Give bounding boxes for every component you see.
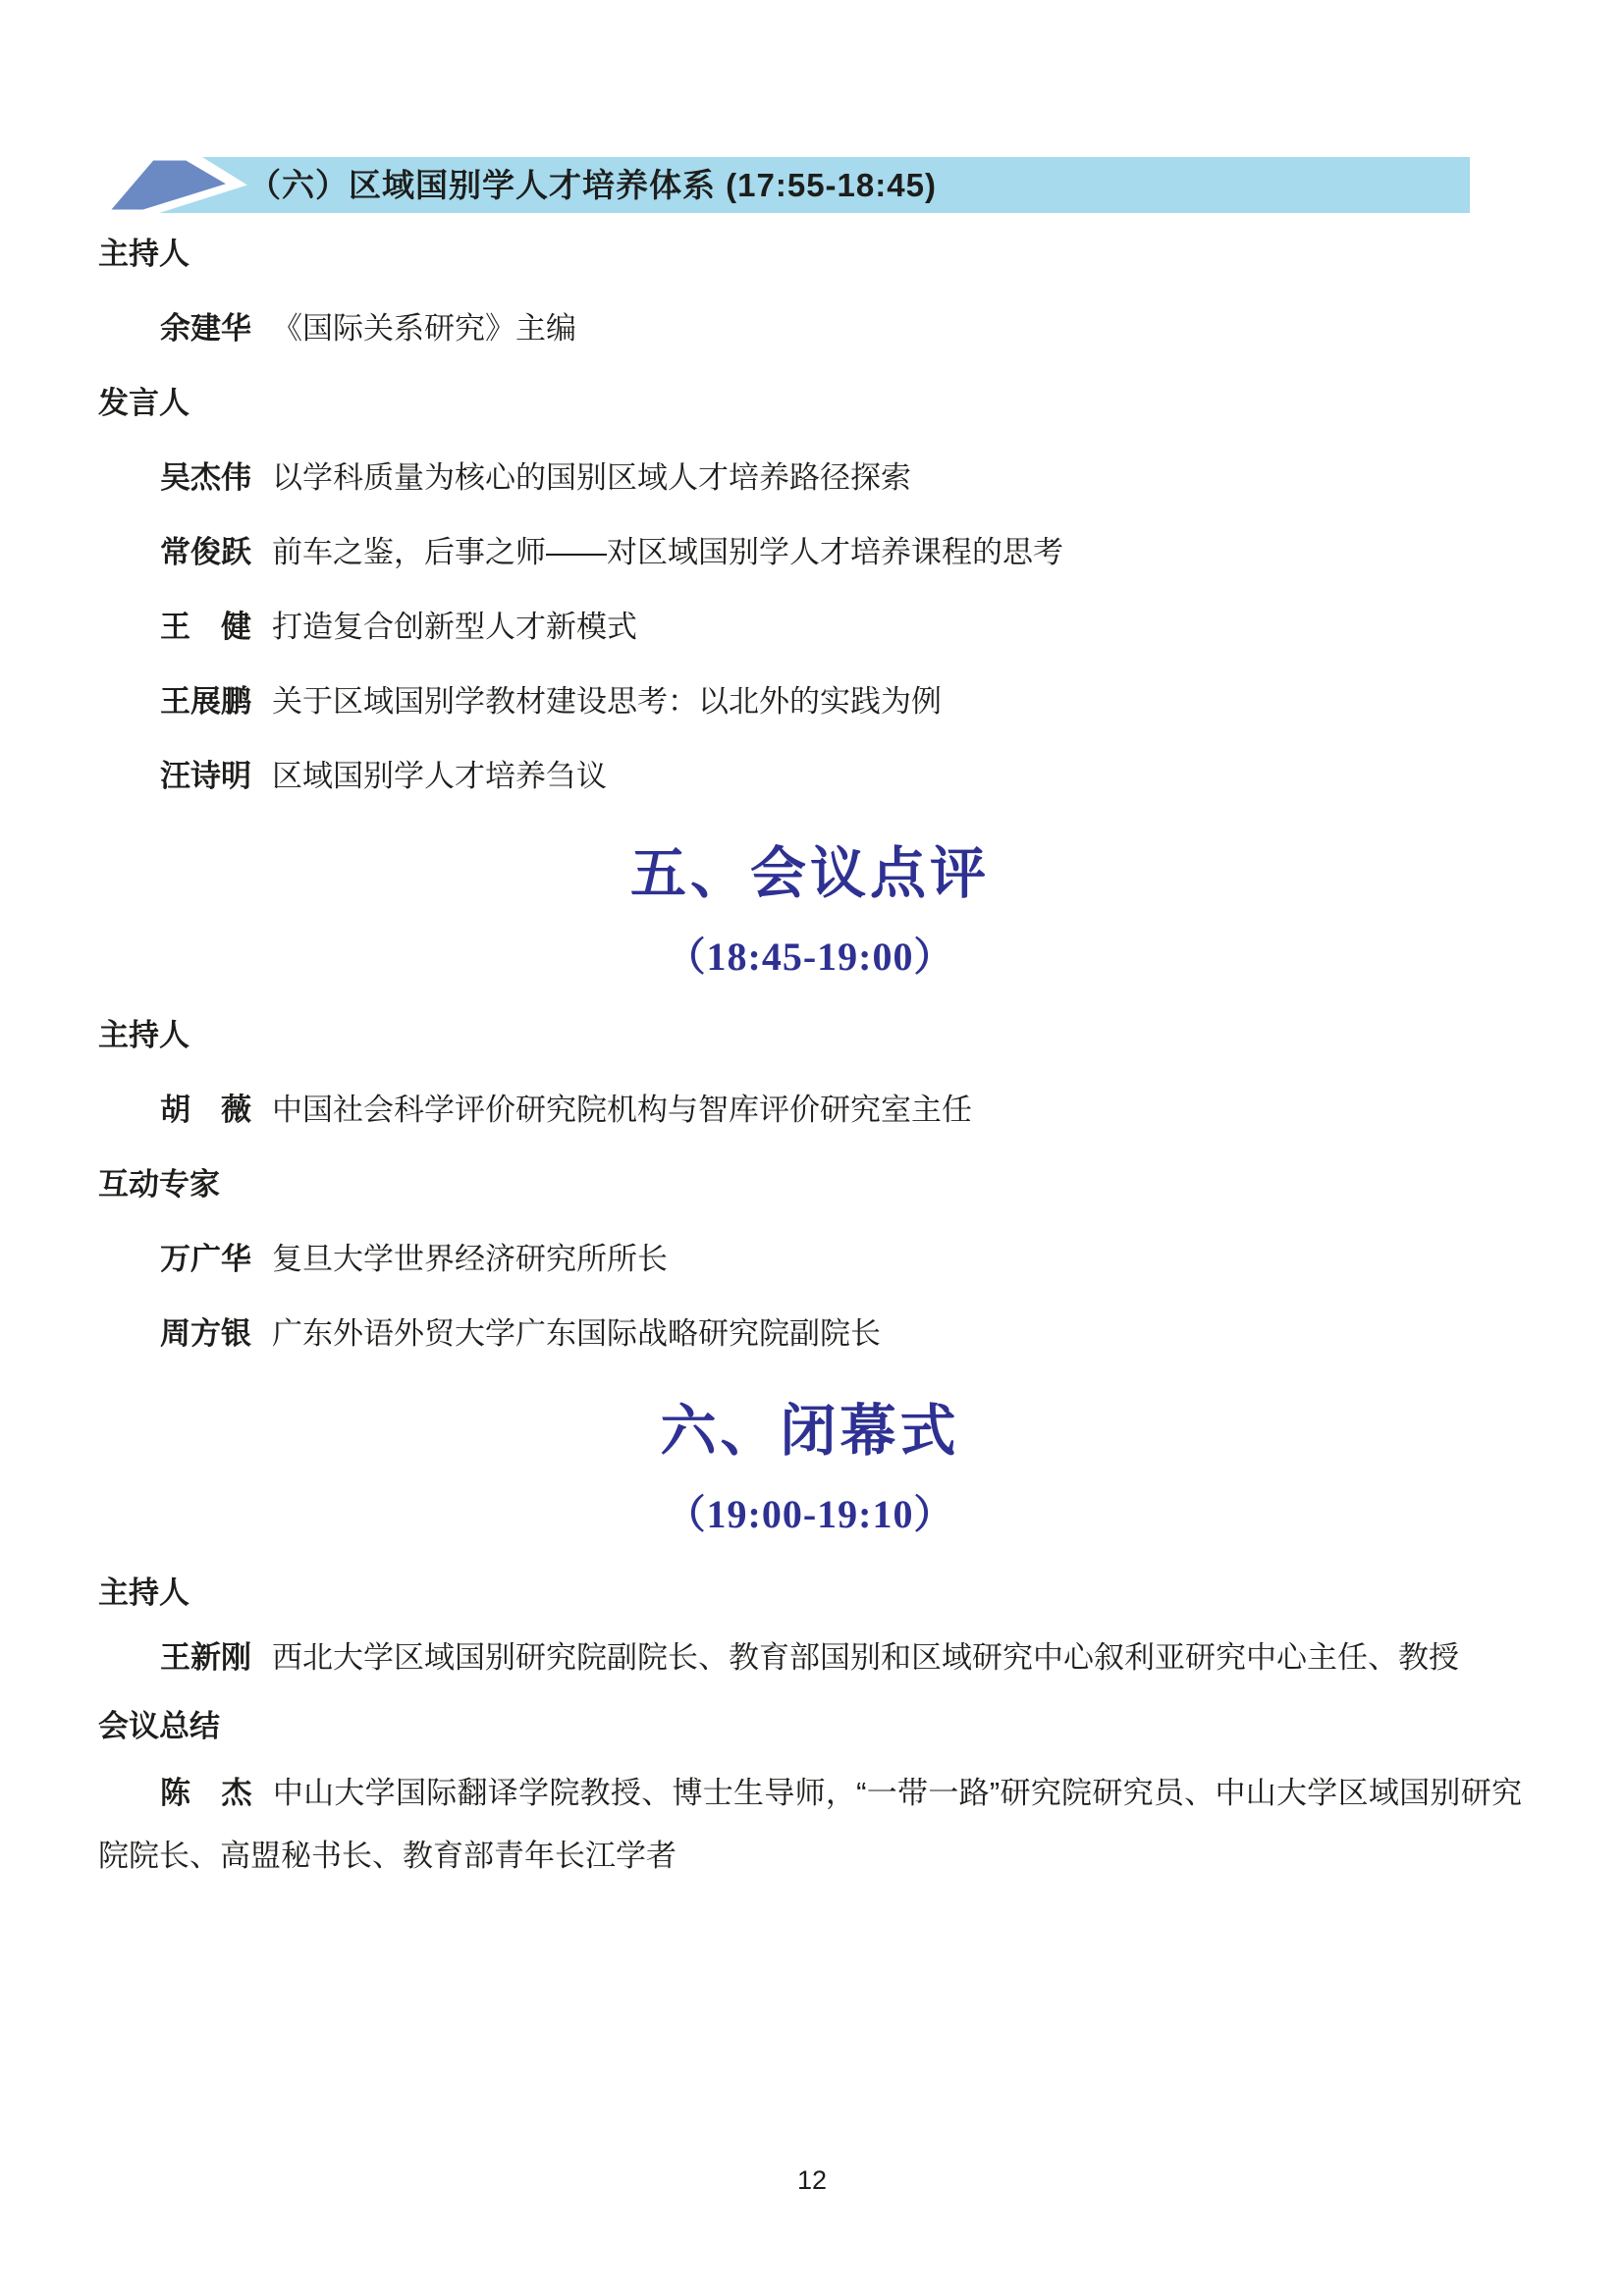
person-name: 王 健	[160, 610, 251, 644]
talk-title: 打造复合创新型人才新模式	[272, 610, 637, 644]
summary-entry: 陈 杰中山大学国际翻译学院教授、博士生导师，“一带一路”研究院研究员、中山大学区…	[98, 1762, 1522, 1888]
person-title: 广东外语外贸大学广东国际战略研究院副院长	[272, 1316, 881, 1351]
host-entry: 胡 薇中国社会科学评价研究院机构与智库评价研究室主任	[98, 1089, 1522, 1132]
page-content: 主持人 余建华《国际关系研究》主编 发言人 吴杰伟以学科质量为核心的国别区域人才…	[98, 233, 1522, 1888]
person-title: 西北大学区域国别研究院副院长、教育部国别和区域研究中心叙利亚研究中心主任、教授	[272, 1640, 1459, 1675]
section-time-closing: （19:00-19:10）	[98, 1487, 1522, 1542]
person-name: 万广华	[160, 1242, 251, 1276]
talk-title: 前车之鉴，后事之师——对区域国别学人才培养课程的思考	[272, 535, 1063, 569]
expert-entry: 周方银广东外语外贸大学广东国际战略研究院副院长	[98, 1312, 1522, 1356]
speaker-entry: 王 健打造复合创新型人才新模式	[98, 606, 1522, 649]
person-name: 周方银	[160, 1316, 251, 1351]
host-entry: 余建华《国际关系研究》主编	[98, 307, 1522, 350]
experts-label: 互动专家	[98, 1163, 1522, 1206]
speakers-label: 发言人	[98, 382, 1522, 425]
session-banner: （六）区域国别学人才培养体系 (17:55-18:45)	[98, 157, 1470, 213]
person-title: 《国际关系研究》主编	[272, 311, 576, 346]
speaker-entry: 王展鹏关于区域国别学教材建设思考：以北外的实践为例	[98, 680, 1522, 723]
talk-title: 区域国别学人才培养刍议	[272, 759, 607, 793]
person-name: 吴杰伟	[160, 460, 251, 495]
expert-entry: 万广华复旦大学世界经济研究所所长	[98, 1238, 1522, 1281]
speaker-entry: 常俊跃前车之鉴，后事之师——对区域国别学人才培养课程的思考	[98, 531, 1522, 574]
host-entry: 王新刚西北大学区域国别研究院副院长、教育部国别和区域研究中心叙利亚研究中心主任、…	[98, 1627, 1522, 1689]
person-name: 汪诗明	[160, 759, 251, 793]
person-name: 陈 杰	[160, 1776, 252, 1810]
speaker-entry: 吴杰伟以学科质量为核心的国别区域人才培养路径探索	[98, 456, 1522, 500]
section-heading-review: 五、会议点评	[98, 837, 1522, 912]
person-title: 复旦大学世界经济研究所所长	[272, 1242, 668, 1276]
talk-title: 关于区域国别学教材建设思考：以北外的实践为例	[272, 684, 942, 719]
person-name: 余建华	[160, 311, 251, 346]
summary-label: 会议总结	[98, 1703, 1522, 1750]
person-name: 王展鹏	[160, 684, 251, 719]
speaker-entry: 汪诗明区域国别学人才培养刍议	[98, 755, 1522, 798]
person-name: 王新刚	[160, 1640, 251, 1675]
section-time-review: （18:45-19:00）	[98, 930, 1522, 985]
host-label: 主持人	[98, 1014, 1522, 1057]
session-title: （六）区域国别学人才培养体系 (17:55-18:45)	[248, 157, 937, 213]
host-label: 主持人	[98, 1572, 1522, 1615]
person-title: 中国社会科学评价研究院机构与智库评价研究室主任	[272, 1093, 972, 1127]
talk-title: 以学科质量为核心的国别区域人才培养路径探索	[272, 460, 911, 495]
host-label: 主持人	[98, 233, 1522, 276]
chevron-arrow-icon	[98, 155, 245, 215]
person-title: 中山大学国际翻译学院教授、博士生导师，“一带一路”研究院研究员、中山大学区域国别…	[98, 1776, 1522, 1873]
person-name: 常俊跃	[160, 535, 251, 569]
section-heading-closing: 六、闭幕式	[98, 1395, 1522, 1469]
page-number: 12	[0, 2165, 1624, 2196]
person-name: 胡 薇	[160, 1093, 251, 1127]
document-page: （六）区域国别学人才培养体系 (17:55-18:45) 主持人 余建华《国际关…	[0, 0, 1624, 2296]
